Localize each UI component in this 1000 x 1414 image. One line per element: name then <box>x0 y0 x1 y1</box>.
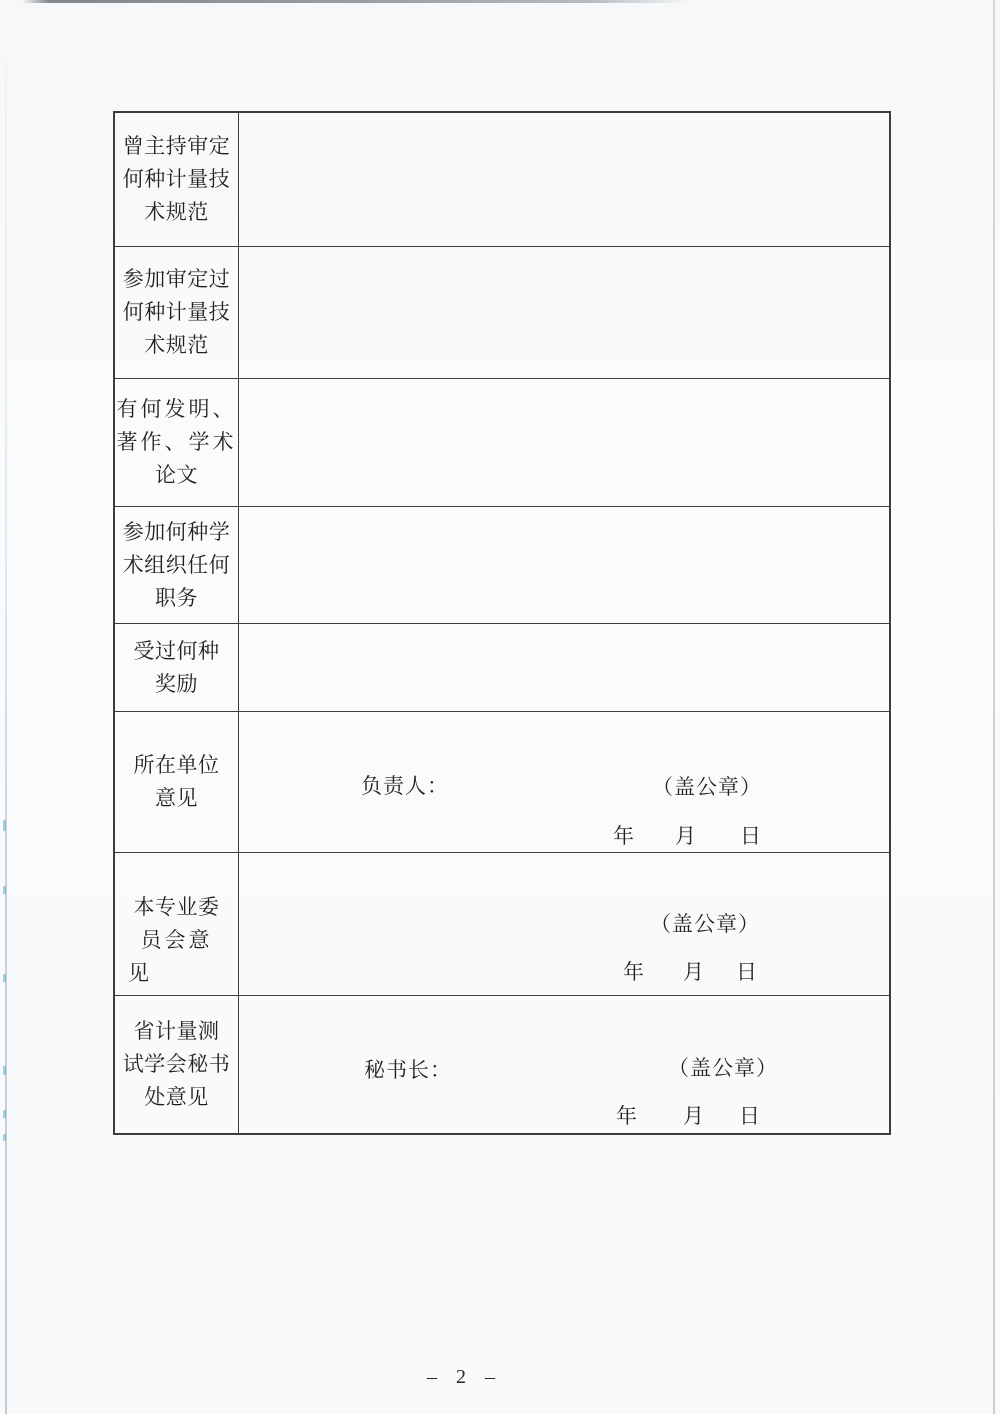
label-stack: 参加何种学 术组织任何 职务 <box>115 516 238 615</box>
label-line: 试学会秘书 <box>115 1048 238 1081</box>
page-number: – 2 – <box>0 1366 924 1389</box>
label-stack: 受过何种 奖励 <box>115 635 238 701</box>
scan-dash-artifact <box>3 820 6 831</box>
label-line: 术规范 <box>115 196 238 229</box>
row-label-academic-organizations: 参加何种学 术组织任何 职务 <box>115 507 239 623</box>
row-content-awards <box>239 624 889 711</box>
label-line: 术规范 <box>115 329 238 362</box>
label-line: 见 <box>115 957 238 990</box>
label-line: 职务 <box>115 582 238 615</box>
label-line: 奖励 <box>115 668 238 701</box>
label-line: 参加何种学 <box>115 516 238 549</box>
label-line: 著作、学术 <box>115 426 238 459</box>
row-content-committee-opinion: （盖公章） 年 月 日 <box>239 853 889 995</box>
table-row-unit-opinion: 所在单位 意见 负责人： （盖公章） 年 月 日 <box>115 712 889 853</box>
label-line: 本专业委 <box>115 891 238 924</box>
label-line: 术组织任何 <box>115 549 238 582</box>
scan-dash-artifact <box>3 886 6 894</box>
row-content-participated-regulations <box>239 247 889 378</box>
row-label-inventions-publications: 有何发明、 著作、学术 论文 <box>115 379 239 506</box>
scan-edge-artifact-right <box>993 0 995 1414</box>
label-stack: 所在单位 意见 <box>115 749 238 815</box>
year-label: 年 <box>623 956 644 986</box>
row-content-academic-organizations <box>239 507 889 623</box>
year-label: 年 <box>616 1100 637 1130</box>
scan-dash-artifact <box>3 1110 6 1118</box>
scan-dash-artifact <box>3 1134 6 1141</box>
label-stack: 参加审定过 何种计量技 术规范 <box>115 263 238 362</box>
label-stack: 曾主持审定 何种计量技 术规范 <box>115 130 238 229</box>
label-line: 有何发明、 <box>115 393 238 426</box>
label-line: 省计量测 <box>115 1015 238 1048</box>
row-label-secretariat-opinion: 省计量测 试学会秘书 处意见 <box>115 996 239 1133</box>
scanned-form-page: 曾主持审定 何种计量技 术规范 参加审定过 何种计量技 术规范 <box>0 0 1000 1414</box>
label-line: 意见 <box>115 782 238 815</box>
month-label: 月 <box>683 956 704 986</box>
scan-edge-artifact-top <box>22 0 690 3</box>
row-label-committee-opinion: 本专业委 员会意 见 <box>115 853 239 995</box>
table-row-participated-regulations: 参加审定过 何种计量技 术规范 <box>115 247 889 379</box>
day-label: 日 <box>736 956 757 986</box>
scan-dash-artifact <box>3 1066 6 1075</box>
day-label: 日 <box>739 1100 760 1130</box>
secretary-general-label: 秘书长： <box>364 1054 452 1084</box>
label-stack: 省计量测 试学会秘书 处意见 <box>115 1015 238 1114</box>
official-seal-label: （盖公章） <box>668 1052 778 1082</box>
label-line: 何种计量技 <box>115 163 238 196</box>
official-seal-label: （盖公章） <box>650 908 760 938</box>
application-form-table: 曾主持审定 何种计量技 术规范 参加审定过 何种计量技 术规范 <box>113 111 891 1135</box>
label-stack: 本专业委 员会意 见 <box>115 891 238 990</box>
label-line: 曾主持审定 <box>115 130 238 163</box>
official-seal-label: （盖公章） <box>652 771 762 801</box>
scan-dash-artifact <box>3 974 6 982</box>
row-content-secretariat-opinion: 秘书长： （盖公章） 年 月 日 <box>239 996 889 1133</box>
row-label-presided-regulations: 曾主持审定 何种计量技 术规范 <box>115 113 239 246</box>
table-row-inventions-publications: 有何发明、 著作、学术 论文 <box>115 379 889 507</box>
table-row-presided-regulations: 曾主持审定 何种计量技 术规范 <box>115 113 889 247</box>
responsible-person-label: 负责人： <box>361 770 449 800</box>
row-content-presided-regulations <box>239 113 889 246</box>
scan-edge-artifact-left <box>5 60 7 1414</box>
label-line: 论文 <box>115 459 238 492</box>
month-label: 月 <box>675 820 696 850</box>
row-content-unit-opinion: 负责人： （盖公章） 年 月 日 <box>239 712 889 852</box>
day-label: 日 <box>740 820 761 850</box>
label-line: 处意见 <box>115 1081 238 1114</box>
label-line: 参加审定过 <box>115 263 238 296</box>
label-line: 受过何种 <box>115 635 238 668</box>
table-row-secretariat-opinion: 省计量测 试学会秘书 处意见 秘书长： （盖公章） 年 月 日 <box>115 996 889 1133</box>
label-line: 员会意 <box>115 924 238 957</box>
month-label: 月 <box>683 1100 704 1130</box>
row-label-awards: 受过何种 奖励 <box>115 624 239 711</box>
year-label: 年 <box>613 820 634 850</box>
label-line: 所在单位 <box>115 749 238 782</box>
label-line: 何种计量技 <box>115 296 238 329</box>
row-content-inventions-publications <box>239 379 889 506</box>
label-stack: 有何发明、 著作、学术 论文 <box>115 393 238 492</box>
row-label-participated-regulations: 参加审定过 何种计量技 术规范 <box>115 247 239 378</box>
table-row-awards: 受过何种 奖励 <box>115 624 889 712</box>
table-row-academic-organizations: 参加何种学 术组织任何 职务 <box>115 507 889 624</box>
row-label-unit-opinion: 所在单位 意见 <box>115 712 239 852</box>
table-row-committee-opinion: 本专业委 员会意 见 （盖公章） 年 月 日 <box>115 853 889 996</box>
